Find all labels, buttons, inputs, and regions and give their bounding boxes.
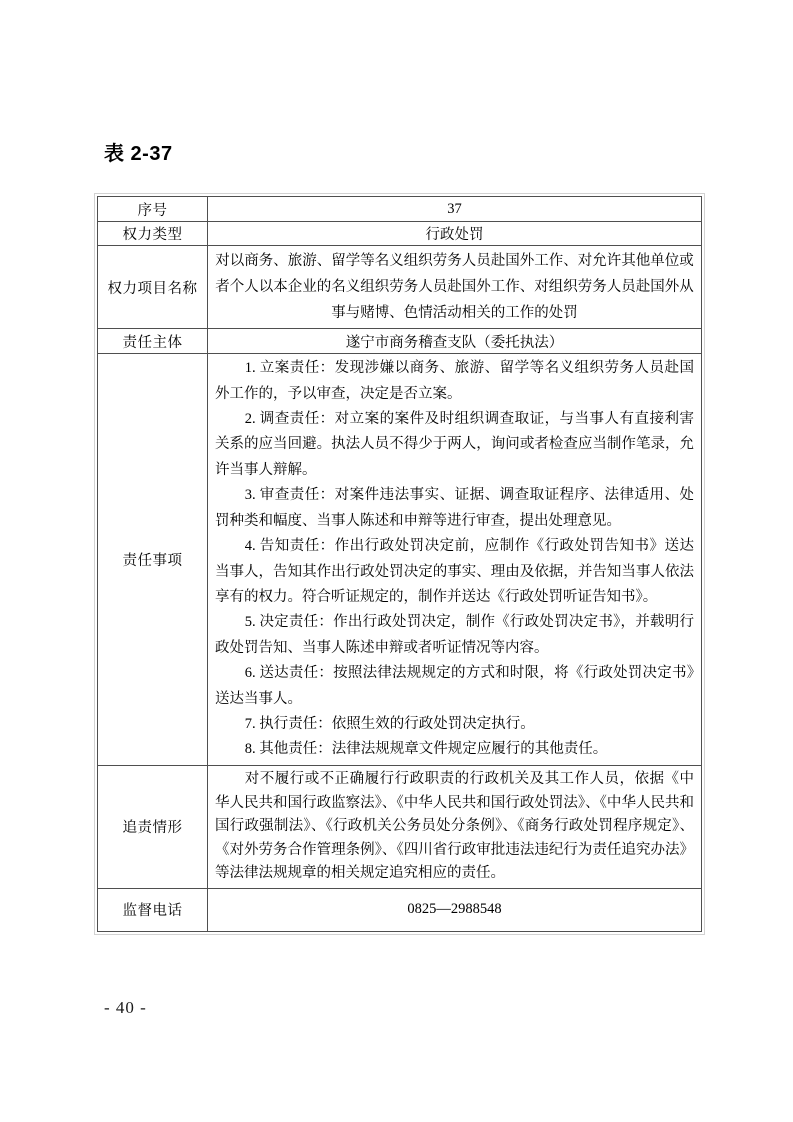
responsibility-items-value: 1. 立案责任：发现涉嫌以商务、旅游、留学等名义组织劳务人员赴国外工作的，予以审… xyxy=(208,354,702,766)
responsibility-item-4: 4. 告知责任：作出行政处罚决定前，应制作《行政处罚告知书》送达当事人，告知其作… xyxy=(215,534,694,610)
supervision-phone-label: 监督电话 xyxy=(98,888,208,931)
responsibility-item-2: 2. 调查责任：对立案的案件及时组织调查取证，与当事人有直接利害关系的应当回避。… xyxy=(215,407,694,483)
responsible-entity-value: 遂宁市商务稽查支队（委托执法） xyxy=(208,329,702,354)
table-row-responsibility-items: 责任事项 1. 立案责任：发现涉嫌以商务、旅游、留学等名义组织劳务人员赴国外工作… xyxy=(98,354,702,766)
supervision-phone-value: 0825—2988548 xyxy=(208,888,702,931)
table-row-responsible-entity: 责任主体 遂宁市商务稽查支队（委托执法） xyxy=(98,329,702,354)
table-row-power-type: 权力类型 行政处罚 xyxy=(98,222,702,246)
responsibility-item-7: 7. 执行责任：依照生效的行政处罚决定执行。 xyxy=(215,712,694,737)
table-row-supervision-phone: 监督电话 0825—2988548 xyxy=(98,888,702,931)
serial-label: 序号 xyxy=(98,197,208,222)
table-row-accountability: 追责情形 对不履行或不正确履行行政职责的行政机关及其工作人员，依据《中华人民共和… xyxy=(98,766,702,889)
power-item-name-value: 对以商务、旅游、留学等名义组织劳务人员赴国外工作、对允许其他单位或者个人以本企业… xyxy=(208,246,702,329)
serial-value: 37 xyxy=(208,197,702,222)
responsibility-item-5: 5. 决定责任：作出行政处罚决定，制作《行政处罚决定书》，并载明行政处罚告知、当… xyxy=(215,610,694,661)
accountability-label: 追责情形 xyxy=(98,766,208,889)
responsibility-item-3: 3. 审查责任：对案件违法事实、证据、调查取证程序、法律适用、处罚种类和幅度、当… xyxy=(215,483,694,534)
page-number: - 40 - xyxy=(104,998,147,1018)
accountability-value: 对不履行或不正确履行行政职责的行政机关及其工作人员，依据《中华人民共和国行政监察… xyxy=(208,766,702,889)
accountability-text: 对不履行或不正确履行行政职责的行政机关及其工作人员，依据《中华人民共和国行政监察… xyxy=(215,768,694,886)
page-title: 表 2-37 xyxy=(104,137,173,166)
responsibility-items-label: 责任事项 xyxy=(98,354,208,766)
responsibility-item-6: 6. 送达责任：按照法律法规规定的方式和时限，将《行政处罚决定书》送达当事人。 xyxy=(215,661,694,712)
table-row-serial: 序号 37 xyxy=(98,197,702,222)
responsible-entity-label: 责任主体 xyxy=(98,329,208,354)
power-item-name-label: 权力项目名称 xyxy=(98,246,208,329)
power-type-value: 行政处罚 xyxy=(208,222,702,246)
responsibility-item-1: 1. 立案责任：发现涉嫌以商务、旅游、留学等名义组织劳务人员赴国外工作的，予以审… xyxy=(215,356,694,407)
responsibility-item-8: 8. 其他责任：法律法规规章文件规定应履行的其他责任。 xyxy=(215,737,694,762)
table-row-power-item-name: 权力项目名称 对以商务、旅游、留学等名义组织劳务人员赴国外工作、对允许其他单位或… xyxy=(98,246,702,329)
power-item-table: 序号 37 权力类型 行政处罚 权力项目名称 对以商务、旅游、留学等名义组织劳务… xyxy=(97,196,702,932)
power-type-label: 权力类型 xyxy=(98,222,208,246)
